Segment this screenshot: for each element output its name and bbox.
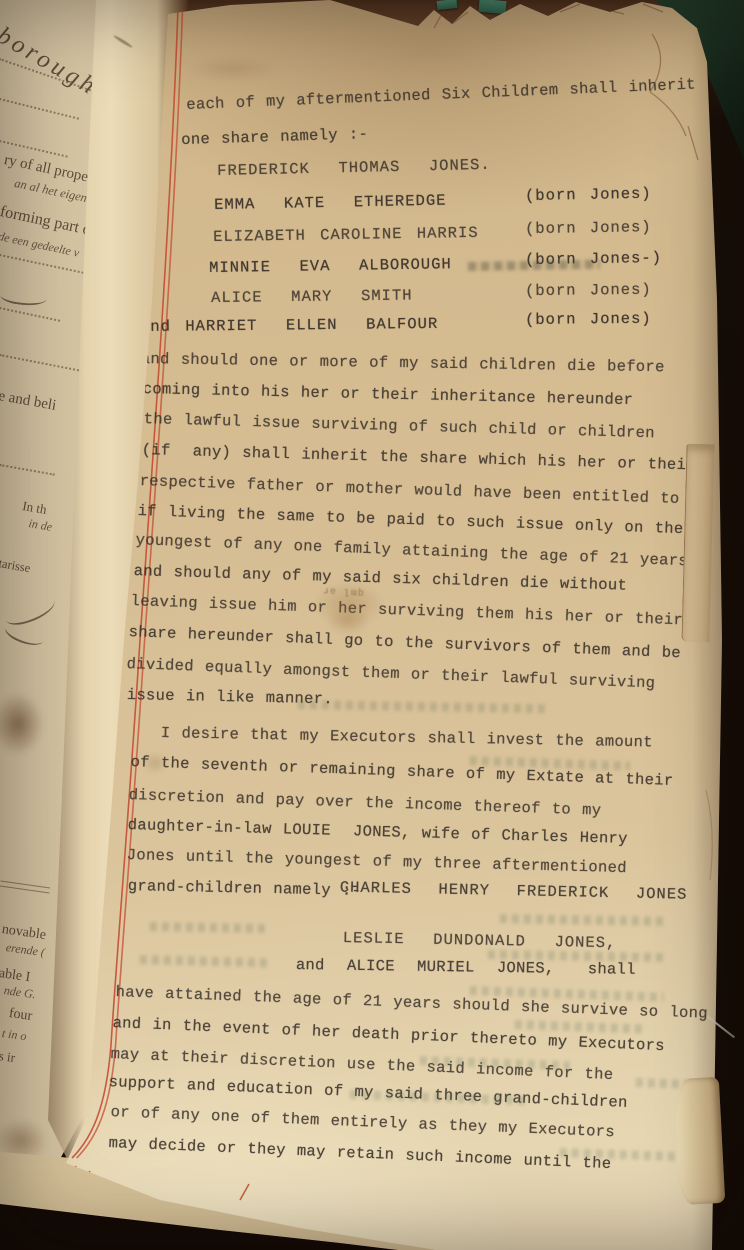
paper-stain — [188, 56, 278, 82]
typed-line-suffix: (born Jones) — [525, 218, 652, 238]
typed-line-suffix: (born Jones) — [525, 281, 652, 301]
green-binding-ribbon — [437, 0, 458, 10]
pen-flourish — [0, 286, 48, 308]
typed-line: and HARRIET ELLEN BALFOUR(born Jones) — [140, 315, 438, 336]
dotted-rule — [0, 305, 61, 322]
dotted-rule — [0, 462, 55, 476]
paper-stain — [326, 606, 370, 636]
typed-line: ALICE MARY SMITH(born Jones) — [211, 287, 413, 307]
underlay-print-fragment: in de — [27, 516, 53, 535]
dotted-rule — [0, 96, 80, 120]
underlay-print-fragment: t in o — [1, 1026, 28, 1044]
typed-line-text: ALICE MARY SMITH — [211, 287, 413, 307]
typed-line-suffix: (born Jones) — [525, 185, 652, 205]
typed-line: MINNIE EVA ALBOROUGH(born Jones-) — [209, 255, 452, 277]
scanned-will-photograph: borough ry of all propean al het eigendf… — [0, 0, 744, 1250]
underlay-print-fragment: tarisse — [0, 556, 31, 576]
underlay-print-fragment: e and beli — [0, 388, 57, 415]
printed-rule — [0, 881, 50, 894]
typed-line-text: MINNIE EVA ALBOROUGH — [209, 255, 452, 277]
torn-edge-stain — [0, 692, 44, 756]
curled-page-edge — [673, 1077, 726, 1205]
typed-line-text: and HARRIET ELLEN BALFOUR — [140, 315, 438, 336]
underlay-print-fragment: s ir — [0, 1048, 16, 1066]
underlay-print-fragment: In th — [21, 498, 48, 518]
torn-tape-fragment — [681, 444, 714, 643]
underlay-print-fragment: four — [8, 1006, 33, 1025]
underlay-print-fragment: nde G. — [3, 983, 37, 1002]
dotted-rule — [0, 352, 86, 373]
typed-line-suffix: (born Jones) — [525, 310, 652, 329]
paper-stain — [142, 752, 168, 774]
green-binding-ribbon — [478, 0, 506, 14]
